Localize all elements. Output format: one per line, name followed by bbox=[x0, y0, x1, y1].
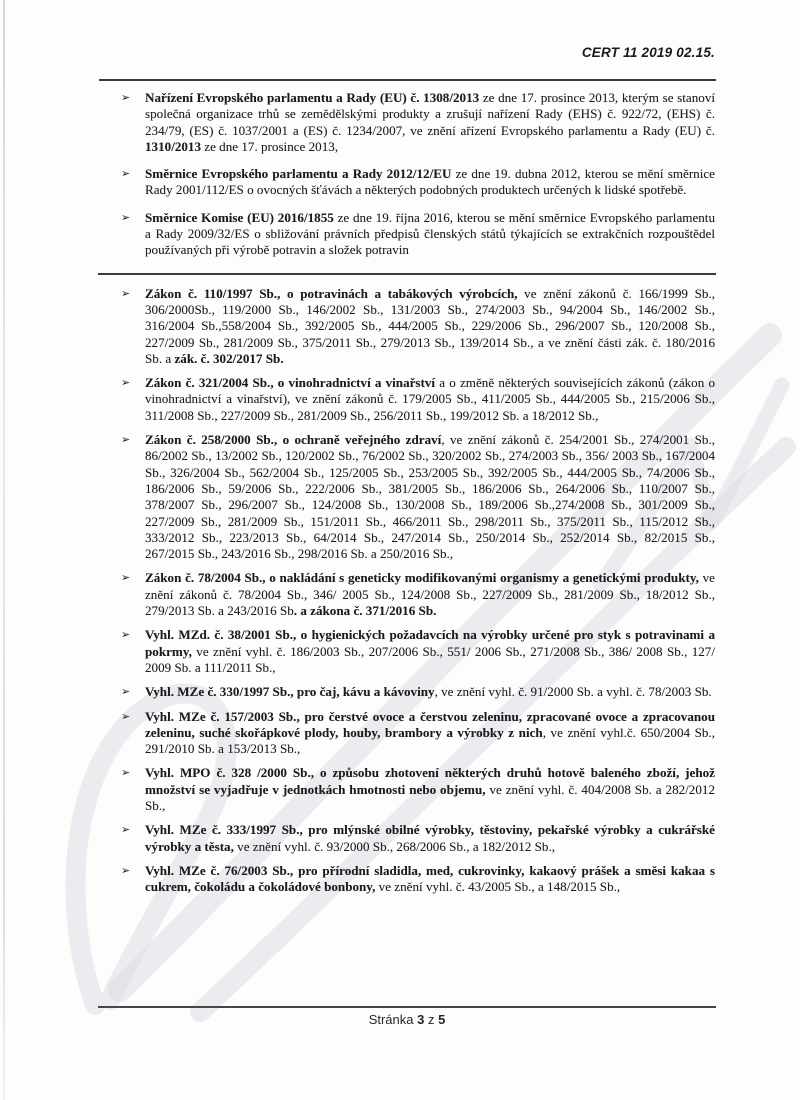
list-item: ➢Vyhl. MZe č. 76/2003 Sb., pro přírodní … bbox=[120, 863, 715, 896]
text-run: ve znění vyhl. č. 93/2000 Sb., 268/2006 … bbox=[234, 839, 555, 854]
text-run: , ve znění zákonů č. 254/2001 Sb., 274/2… bbox=[145, 432, 715, 561]
text-run-bold: Směrnice Evropského parlamentu a Rady 20… bbox=[145, 166, 451, 181]
text-run-bold: Vyhl. MZe č. 330/1997 Sb., pro čaj, kávu… bbox=[145, 684, 435, 699]
paragraph: Vyhl. MZe č. 157/2003 Sb., pro čerstvé o… bbox=[145, 709, 715, 758]
paragraph: Směrnice Komise (EU) 2016/1855 ze dne 19… bbox=[145, 210, 715, 259]
paragraph: Vyhl. MZe č. 333/1997 Sb., pro mlýnské o… bbox=[145, 822, 715, 855]
text-run-bold: Nařízení Evropského parlamentu a Rady (E… bbox=[145, 90, 479, 105]
text-run-bold: Zákon č. 110/1997 Sb., o potravinách a t… bbox=[145, 286, 518, 301]
paragraph: Vyhl. MZd. č. 38/2001 Sb., o hygienickýc… bbox=[145, 627, 715, 676]
paragraph: Zákon č. 78/2004 Sb., o nakládání s gene… bbox=[145, 570, 715, 619]
bullet-arrow-icon: ➢ bbox=[121, 822, 130, 838]
text-run-bold: . a zákona č. 371/2016 Sb. bbox=[294, 603, 437, 618]
bullet-arrow-icon: ➢ bbox=[121, 765, 130, 781]
paragraph: Vyhl. MZe č. 330/1997 Sb., pro čaj, kávu… bbox=[145, 684, 715, 700]
bullet-arrow-icon: ➢ bbox=[121, 627, 130, 643]
text-run: , ve znění vyhl. č. 91/2000 Sb. a vyhl. … bbox=[435, 684, 712, 699]
footer-rule bbox=[98, 1006, 716, 1008]
text-run-bold: 1310/2013 bbox=[145, 139, 201, 154]
paragraph: Nařízení Evropského parlamentu a Rady (E… bbox=[145, 90, 715, 155]
bullet-arrow-icon: ➢ bbox=[121, 166, 130, 182]
bullet-list-eu: ➢Nařízení Evropského parlamentu a Rady (… bbox=[120, 90, 715, 259]
page-header: CERT 11 2019 02.15. bbox=[100, 45, 715, 60]
document-page: CERT 11 2019 02.15. ➢Nařízení Evropského… bbox=[0, 0, 800, 1100]
text-run-bold: Směrnice Komise (EU) 2016/1855 bbox=[145, 210, 334, 225]
list-item: ➢Vyhl. MZd. č. 38/2001 Sb., o hygienický… bbox=[120, 627, 715, 676]
list-item: ➢Zákon č. 110/1997 Sb., o potravinách a … bbox=[120, 286, 715, 367]
text-run: ve znění vyhl. č. 186/2003 Sb., 207/2006… bbox=[145, 644, 715, 675]
list-item: ➢Zákon č. 321/2004 Sb., o vinohradnictví… bbox=[120, 375, 715, 424]
paragraph: Zákon č. 110/1997 Sb., o potravinách a t… bbox=[145, 286, 715, 367]
paragraph: Vyhl. MPO č. 328 /2000 Sb., o způsobu zh… bbox=[145, 765, 715, 814]
bullet-arrow-icon: ➢ bbox=[121, 570, 130, 586]
paragraph: Směrnice Evropského parlamentu a Rady 20… bbox=[145, 166, 715, 199]
bullet-arrow-icon: ➢ bbox=[121, 210, 130, 226]
bullet-arrow-icon: ➢ bbox=[121, 375, 130, 391]
bullet-arrow-icon: ➢ bbox=[121, 432, 130, 448]
text-run-bold: Zákon č. 78/2004 Sb., o nakládání s gene… bbox=[145, 570, 699, 585]
paragraph: Zákon č. 321/2004 Sb., o vinohradnictví … bbox=[145, 375, 715, 424]
text-run: ze dne 17. prosince 2013, bbox=[201, 139, 338, 154]
section-divider-rule bbox=[98, 273, 716, 275]
paragraph: Zákon č. 258/2000 Sb., o ochraně veřejné… bbox=[145, 432, 715, 562]
bullet-arrow-icon: ➢ bbox=[121, 684, 130, 700]
header-rule bbox=[99, 79, 716, 81]
list-item: ➢Zákon č. 78/2004 Sb., o nakládání s gen… bbox=[120, 570, 715, 619]
bullet-arrow-icon: ➢ bbox=[121, 709, 130, 725]
list-item: ➢Směrnice Komise (EU) 2016/1855 ze dne 1… bbox=[120, 210, 715, 259]
text-run: ve znění vyhl. č. 43/2005 Sb., a 148/201… bbox=[375, 879, 620, 894]
list-item: ➢Nařízení Evropského parlamentu a Rady (… bbox=[120, 90, 715, 155]
paragraph: Vyhl. MZe č. 76/2003 Sb., pro přírodní s… bbox=[145, 863, 715, 896]
bullet-list-national: ➢Zákon č. 110/1997 Sb., o potravinách a … bbox=[120, 286, 715, 896]
text-run: z bbox=[424, 1012, 438, 1027]
bullet-arrow-icon: ➢ bbox=[121, 286, 130, 302]
list-item: ➢Vyhl. MPO č. 328 /2000 Sb., o způsobu z… bbox=[120, 765, 715, 814]
list-item: ➢Vyhl. MZe č. 330/1997 Sb., pro čaj, káv… bbox=[120, 684, 715, 700]
bullet-arrow-icon: ➢ bbox=[121, 90, 130, 106]
document-body: ➢Nařízení Evropského parlamentu a Rady (… bbox=[120, 90, 715, 903]
header-reference: CERT 11 2019 02.15. bbox=[582, 45, 715, 60]
bullet-arrow-icon: ➢ bbox=[121, 863, 130, 879]
list-item: ➢Vyhl. MZe č. 157/2003 Sb., pro čerstvé … bbox=[120, 709, 715, 758]
list-item: ➢Směrnice Evropského parlamentu a Rady 2… bbox=[120, 166, 715, 199]
page-number: Stránka 3 z 5 bbox=[98, 1012, 716, 1027]
text-run-bold: zák. č. 302/2017 Sb. bbox=[174, 351, 283, 366]
page-footer: Stránka 3 z 5 bbox=[98, 1006, 716, 1027]
scan-edge-line bbox=[3, 0, 5, 1100]
text-run-bold: Zákon č. 321/2004 Sb., o vinohradnictví … bbox=[145, 375, 435, 390]
list-item: ➢Zákon č. 258/2000 Sb., o ochraně veřejn… bbox=[120, 432, 715, 562]
list-item: ➢Vyhl. MZe č. 333/1997 Sb., pro mlýnské … bbox=[120, 822, 715, 855]
text-run: Stránka bbox=[369, 1012, 417, 1027]
text-run-bold: 5 bbox=[438, 1012, 445, 1027]
text-run-bold: Zákon č. 258/2000 Sb., o ochraně veřejné… bbox=[145, 432, 441, 447]
